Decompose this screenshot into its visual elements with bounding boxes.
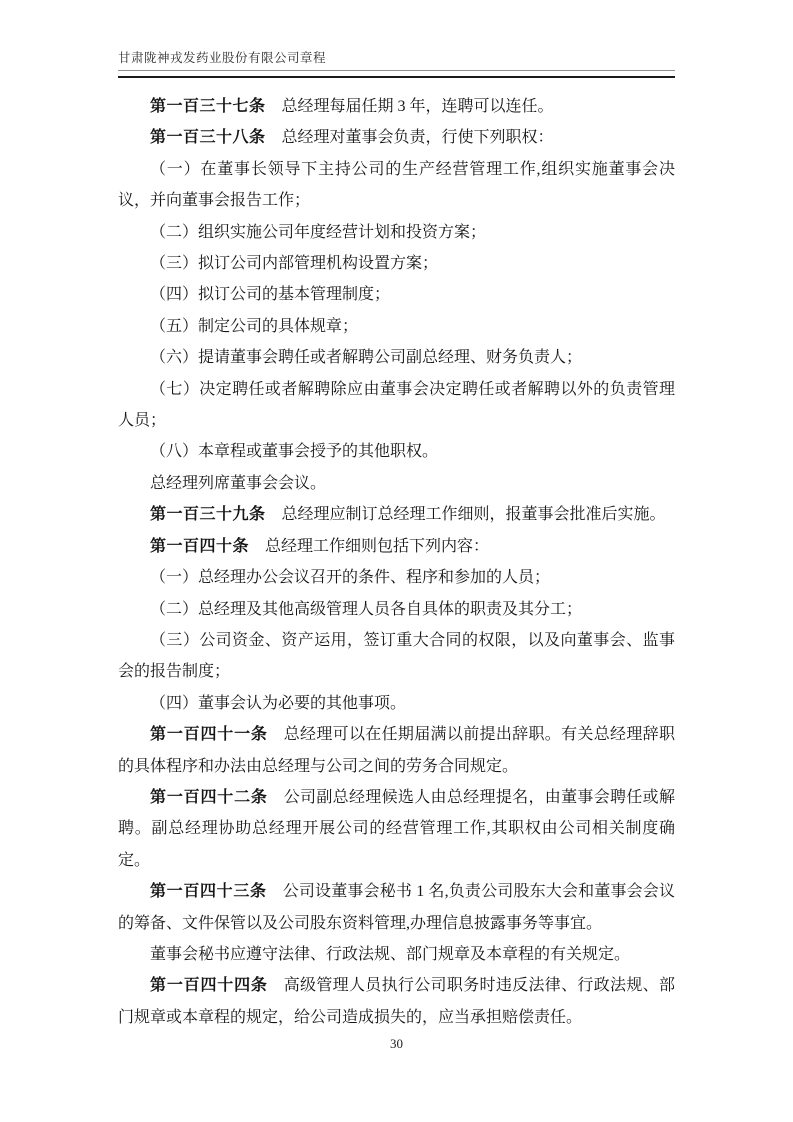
page-footer: 30 [0,1036,793,1052]
article-paragraph: （四）拟订公司的基本管理制度； [118,279,675,310]
article-number: 第一百四十三条 [150,883,267,900]
page-number: 30 [390,1036,403,1051]
article-paragraph: （四）董事会认为必要的其他事项。 [118,688,675,719]
article-number: 第一百四十条 [150,538,249,555]
article-paragraph: （七）决定聘任或者解聘除应由董事会决定聘任或者解聘以外的负责管理人员； [118,374,675,437]
article-paragraph: （六）提请董事会聘任或者解聘公司副总经理、财务负责人； [118,342,675,373]
article-text: 总经理工作细则包括下列内容： [265,538,489,555]
article-paragraph: 第一百三十九条总经理应制订总经理工作细则，报董事会批准后实施。 [118,499,675,530]
article-number: 第一百三十七条 [150,98,266,115]
article-text: （五）制定公司的具体规章； [150,318,358,335]
article-paragraph: （三）公司资金、资产运用，签订重大合同的权限，以及向董事会、监事会的报告制度； [118,625,675,688]
article-text: （二）组织实施公司年度经营计划和投资方案； [150,224,486,241]
article-paragraph: （五）制定公司的具体规章； [118,311,675,342]
article-paragraph: 董事会秘书应遵守法律、行政法规、部门规章及本章程的有关规定。 [118,939,675,970]
article-paragraph: 第一百四十四条高级管理人员执行公司职务时违反法律、行政法规、部门规章或本章程的规… [118,970,675,1033]
article-text: 总经理应制订总经理工作细则，报董事会批准后实施。 [282,506,666,523]
page-header: 甘肃陇神戎发药业股份有限公司章程 [118,50,675,78]
article-text: （三）拟订公司内部管理机构设置方案； [150,255,438,272]
header-divider [118,70,675,78]
article-paragraph: （一）总经理办公会议召开的条件、程序和参加的人员； [118,562,675,593]
article-text: 总经理每届任期 3 年，连聘可以连任。 [282,98,554,115]
article-text: （六）提请董事会聘任或者解聘公司副总经理、财务负责人； [150,349,582,366]
article-text: （八）本章程或董事会授予的其他职权。 [150,443,438,460]
article-number: 第一百四十二条 [150,789,268,806]
article-number: 第一百三十九条 [150,506,266,523]
article-paragraph: （二）总经理及其他高级管理人员各自具体的职责及其分工； [118,594,675,625]
article-paragraph: 第一百三十七条总经理每届任期 3 年，连聘可以连任。 [118,91,675,122]
article-paragraph: 第一百四十三条公司设董事会秘书 1 名,负责公司股东大会和董事会会议的筹备、文件… [118,876,675,939]
article-paragraph: （三）拟订公司内部管理机构设置方案； [118,248,675,279]
article-paragraph: （八）本章程或董事会授予的其他职权。 [118,436,675,467]
article-paragraph: 总经理列席董事会会议。 [118,468,675,499]
article-paragraph: 第一百三十八条总经理对董事会负责，行使下列职权： [118,122,675,153]
article-text: （二）总经理及其他高级管理人员各自具体的职责及其分工； [150,601,582,618]
article-paragraph: 第一百四十一条总经理可以在任期届满以前提出辞职。有关总经理辞职的具体程序和办法由… [118,719,675,782]
article-paragraph: （二）组织实施公司年度经营计划和投资方案； [118,217,675,248]
article-text: （四）拟订公司的基本管理制度； [150,286,390,303]
article-paragraph: 第一百四十条总经理工作细则包括下列内容： [118,531,675,562]
article-text: （一）在董事长领导下主持公司的生产经营管理工作,组织实施董事会决议，并向董事会报… [118,161,675,209]
article-text: （四）董事会认为必要的其他事项。 [150,695,406,712]
article-paragraph: 第一百四十二条公司副总经理候选人由总经理提名，由董事会聘任或解聘。副总经理协助总… [118,782,675,876]
article-text: 总经理对董事会负责，行使下列职权： [282,129,554,146]
document-page: 甘肃陇神戎发药业股份有限公司章程 第一百三十七条总经理每届任期 3 年，连聘可以… [0,0,793,1122]
document-title: 甘肃陇神戎发药业股份有限公司章程 [118,50,675,70]
document-body: 第一百三十七条总经理每届任期 3 年，连聘可以连任。 第一百三十八条总经理对董事… [118,91,675,1033]
article-text: （一）总经理办公会议召开的条件、程序和参加的人员； [150,569,550,586]
article-number: 第一百四十四条 [150,977,268,994]
article-text: （七）决定聘任或者解聘除应由董事会决定聘任或者解聘以外的负责管理人员； [118,381,675,429]
article-text: （三）公司资金、资产运用，签订重大合同的权限，以及向董事会、监事会的报告制度； [118,632,675,680]
article-text: 董事会秘书应遵守法律、行政法规、部门规章及本章程的有关规定。 [150,946,630,963]
article-paragraph: （一）在董事长领导下主持公司的生产经营管理工作,组织实施董事会决议，并向董事会报… [118,154,675,217]
article-number: 第一百三十八条 [150,129,266,146]
article-number: 第一百四十一条 [150,726,268,743]
article-text: 总经理列席董事会会议。 [150,475,326,492]
